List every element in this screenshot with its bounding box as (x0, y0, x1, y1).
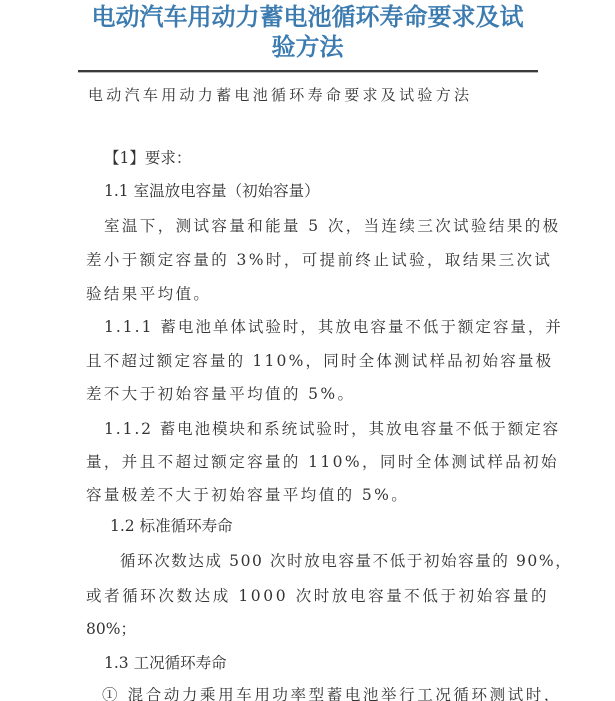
paragraph-1-2-line-1: 循环次数达成 500 次时放电容量不低于初始容量的 90%， (120, 550, 572, 572)
document-page: 电动汽车用动力蓄电池循环寿命要求及试 验方法 电动汽车用动力蓄电池循环寿命要求及… (0, 0, 615, 701)
paragraph-1-1-1-line-2: 且不超过额定容量的 110%，同时全体测试样品初始容量极 (86, 350, 553, 372)
document-title-line-2: 验方法 (0, 32, 615, 62)
document-title-line-1: 电动汽车用动力蓄电池循环寿命要求及试 (0, 2, 615, 32)
section-heading-requirements: 【1】要求： (104, 147, 191, 169)
section-heading-1-2: 1.2 标准循环寿命 (110, 515, 233, 537)
paragraph-1-2-line-3: 80%； (86, 618, 136, 640)
paragraph-1-1-2-line-2: 量，并且不超过额定容量的 110%，同时全体测试样品初始 (86, 451, 559, 473)
paragraph-1-1-line-2: 差小于额定容量的 3%时，可提前终止试验，取结果三次试 (86, 249, 552, 271)
paragraph-1-1-line-1: 室温下，测试容量和能量 5 次，当连续三次试验结果的极 (104, 215, 561, 237)
document-subtitle: 电动汽车用动力蓄电池循环寿命要求及试验方法 (88, 83, 472, 107)
paragraph-1-1-1-line-3: 差不大于初始容量平均值的 5%。 (86, 383, 355, 405)
paragraph-1-1-2-line-1: 1.1.2 蓄电池模块和系统试验时，其放电容量不低于额定容 (104, 418, 560, 440)
paragraph-1-1-1-line-1: 1.1.1 蓄电池单体试验时，其放电容量不低于额定容量，并 (104, 316, 563, 338)
paragraph-1-1-2-line-3: 容量极差不大于初始容量平均值的 5%。 (86, 484, 409, 506)
paragraph-1-1-line-3: 验结果平均值。 (86, 283, 211, 305)
section-heading-1-3: 1.3 工况循环寿命 (104, 652, 227, 674)
section-heading-1-1: 1.1 室温放电容量（初始容量） (104, 180, 320, 202)
title-divider (78, 70, 538, 73)
paragraph-1-3-line-1: ① 混合动力乘用车用功率型蓄电池举行工况循环测试时， (102, 684, 562, 701)
paragraph-1-2-line-2: 或者循环次数达成 1000 次时放电容量不低于初始容量的 (86, 585, 549, 607)
